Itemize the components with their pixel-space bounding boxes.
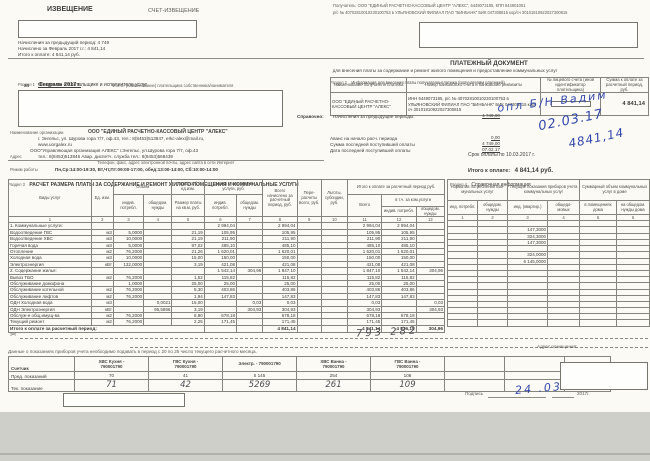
meter-cell [445,357,505,372]
meter-cell [445,380,505,392]
za-label: за [24,83,29,89]
col-flat-meter: инд. (квартир.) [508,201,548,215]
col-size: Размер платы за ком. услуги, руб. [204,180,263,195]
col-tariff: Тариф руб./ед.изм. [172,180,204,195]
meter-cell: 70 [75,372,149,380]
meter-cell: Электр. - 790001790 [223,357,297,372]
col-norm-common: общедом. нужды [478,201,508,215]
invoice-title: СЧЕТ-ИЗВЕЩЕНИЕ [148,8,199,15]
org-website: www.uorgalex.ru [38,142,72,148]
col-house-volume: Суммарный объем коммунальных услуг в дом… [580,180,650,201]
charges-cell [321,325,347,332]
ref-row-label: Дата последней поступившей оплаты [330,148,411,154]
accrued-prev-line: Начисления за предыдущий период: 4 749 [18,40,109,46]
handwritten-payment-sum: 4841,14 [567,125,625,150]
col-norm: Норматив потребления ком- мунальных услу… [448,180,508,201]
charges-cell [237,325,263,332]
col-itogo-vsego: Всего [348,195,382,217]
col-norm-ind: инд. потребл. [448,201,478,215]
col-in-house: в помещениях дома [580,201,617,215]
meter-cell [505,372,565,380]
reference-cell [548,320,580,327]
payee-col-sum: Сумма к оплате за расчетный период, руб. [601,78,649,93]
handwritten-signature-date: 24 .03 [515,380,563,397]
meters-notice: Данные о показаниях приборов учета необх… [8,349,257,355]
reference-cell [478,320,508,327]
reference-cell [508,320,548,327]
recipient-bank-line2: р/с № 40702810010230100753 в УЛЬЯНОВСКИЙ… [333,11,645,16]
col-recalc: Пере- расчеты всего, руб. [297,180,321,217]
cut-line [20,338,648,339]
billing-period: Февраль 2017 г. [38,82,81,89]
reference-cell [617,320,650,327]
org-address2: ООО"Управляющая организация АЛЕКС" г.Энг… [30,148,198,154]
stamp-box [63,393,185,407]
ref-row-value: 4 749,00 [445,141,500,147]
meter-cell [505,357,565,372]
charges-cell [204,325,236,332]
ref-prev-label: Начисления за предыдущие периоды: [333,114,415,120]
payer-name-box [18,90,283,127]
recipient-bank-line1: Получатель: ООО "ЕДИНЫЙ РАСЧЕТНО-КАССОВЫ… [333,4,645,9]
signature-label: Подпись [465,391,483,397]
meter-cell: 71 [75,380,149,392]
ref-prev-value: 4 749,00 [445,113,500,119]
col-itogo-ind: индив. потребл. [382,207,416,217]
charges-table: Виды услуг Ед. изм. Объем Тариф руб./ед.… [8,179,445,333]
reference-cell [448,320,478,327]
meter-cell: 106 [371,372,445,380]
meter-cell: 5269 [223,380,297,392]
meter-cell: ХВС Кухня - 790001790 [75,357,149,372]
meter-cell: 42 [149,380,223,392]
col-size-common: общедом. нужды [237,195,263,217]
col-vol-ind: индив. потребл. [113,195,143,217]
total-due-line: Итого к оплате: 4 841,14 руб. [18,52,80,58]
charges-cell: Итого к оплате за расчетный период: [9,325,205,332]
payer-address-box [18,20,197,38]
meter-cell: Тек. показание [9,380,75,392]
ref-row-label: Сумма последней поступившей оплаты [330,142,415,148]
reference-table: Норматив потребления ком- мунальных услу… [447,179,650,327]
col-itogo-common: общедом. нужды [416,207,444,217]
ref-row-value: 0,00 [445,135,500,141]
year-label: 2017г. [577,391,590,397]
org-address1: г. Энгельс, ул. Шурова гора 7/7, оф.43, … [38,136,204,142]
premises-address-box [560,362,648,390]
payer-fio-label: Ф.И.О. (наименование) плательщика собств… [112,84,233,89]
col-size-ind: индив. потребл. [204,195,236,217]
col-vol-common: общедом. нужды [144,195,172,217]
meter-cell: 41 [149,372,223,380]
meter-cell: 254 [297,372,371,380]
meter-cell [445,372,505,380]
payment-document-title: ПЛАТЕЖНЫЙ ДОКУМЕНТ [330,60,648,67]
col-services: Виды услуг [9,180,92,217]
col-accrued: Всего начислено за расчетный период, руб… [263,180,297,217]
col-unit: Ед. изм. [91,180,113,217]
accrued-feb-line: Начислено за Февраль 2017 г.г.: 4 841,14 [18,46,105,52]
charges-cell: 4 841,14 [263,325,297,332]
org-name: ООО "ЕДИНЫЙ РАСЧЕТНО-КАССОВЫЙ ЦЕНТР "АЛЕ… [88,129,228,135]
meter-cell: ГВС Кухня - 790001790 [149,357,223,372]
col-volume: Объем [113,180,172,195]
scan-edge-shadow [0,453,650,455]
col-current-readings: Текущие показания приборов учета коммуна… [508,180,580,201]
due-date-line: Срок оплаты по 10.03.2017 г. [468,152,535,158]
barcode-box [419,22,638,48]
reference-label: Справочно: [297,114,324,120]
meter-cell: ГВС Ванна - 790001790 [371,357,445,372]
scanned-utility-bill: ИЗВЕЩЕНИЕ СЧЕТ-ИЗВЕЩЕНИЕ Получатель: ООО… [0,0,650,461]
payee-name: ООО "ЕДИНЫЙ РАСЧЕТНО-КАССОВЫЙ ЦЕНТР "АЛЕ… [331,93,407,116]
meter-cell: ХВС Ванна - 790001790 [297,357,371,372]
reference-cell [580,320,617,327]
notice-title: ИЗВЕЩЕНИЕ [47,6,93,14]
col-on-common: на общедом. нужды дома [617,201,650,215]
col-benefits: Льготы, субсидии, руб. [321,180,347,217]
working-hours: Пн,Ср:14:00-19:30, Вт,Чт,Пт:09:00-17:00,… [55,167,218,173]
col-tariff-sub: Размер платы на кв.м, руб. [172,195,204,217]
meter-cell: 261 [297,380,371,392]
org-phones: тел.: 8(8453)513846 Авар. диспетч. служб… [38,154,173,160]
meter-cell: Счетчик [9,357,75,372]
col-itogo-vtch: в т.ч. за ком.услуги [382,195,445,207]
contact-caption: Телефон, факс, адрес электронной почты, … [8,161,324,166]
col-itogo: Итого к оплате за расчетный период руб. [348,180,445,195]
payee-col-account: Номер банковского счета и банковские рек… [407,78,541,93]
charges-cell: 304,96 [416,325,444,332]
meter-cell: 109 [371,380,445,392]
signature-line [488,397,546,398]
ref-row-label: Аванс на начало расч. периода [330,136,397,142]
premises-address-label: Адрес помещения: [537,344,577,350]
col-house-meter: общедо- мовых [548,201,580,215]
meter-cell: 5 145 [223,372,297,380]
date-line [552,397,574,398]
meter-cell: Пред. показаний [9,372,75,380]
scissors-icon: ✂ [10,330,17,339]
payee-col-recipient: Наименование получателя платежа [331,78,407,93]
charges-cell [297,325,321,332]
divider-line [8,58,644,59]
